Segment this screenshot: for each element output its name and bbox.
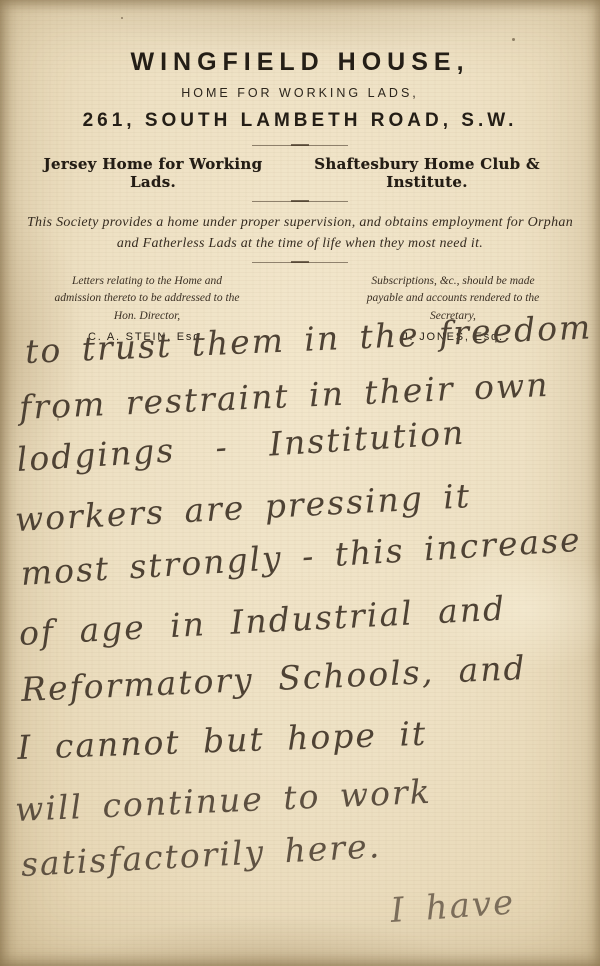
scanned-letter-page: WINGFIELD HOUSE, HOME FOR WORKING LADS, …: [0, 0, 600, 966]
contact-secretary-line-2: payable and accounts rendered to the: [320, 290, 586, 307]
handwritten-line: lodgings - Institution: [16, 413, 467, 479]
section-divider: [252, 144, 348, 147]
handwritten-line: I cannot but hope it: [17, 714, 428, 767]
affiliation-right: Shaftesbury Home Club & Institute.: [280, 155, 574, 191]
section-divider: [252, 200, 348, 203]
contact-director-line-2: admission thereto to be addressed to the: [14, 290, 280, 307]
mission-statement: This Society provides a home under prope…: [20, 212, 580, 254]
mission-line-1: This Society provides a home under prope…: [27, 215, 573, 230]
contact-director: Letters relating to the Home and admissi…: [14, 273, 310, 345]
handwritten-line: satisfactorily here.: [20, 826, 382, 884]
paper-speck: [57, 418, 59, 421]
handwritten-line: will continue to work: [14, 772, 432, 829]
affiliation-left: Jersey Home for Working Lads.: [26, 155, 280, 191]
handwritten-line: most strongly - this increase: [20, 520, 583, 593]
contact-secretary-line-3: Secretary,: [320, 308, 586, 325]
contact-director-name: C. A. STEIN, Esq.: [14, 329, 280, 346]
handwritten-line: of age in Industrial and: [18, 589, 507, 653]
letterhead-title: WINGFIELD HOUSE,: [0, 0, 600, 77]
contact-secretary-line-1: Subscriptions, &c., should be made: [320, 273, 586, 290]
contact-secretary-name: J. JONES, Esq.: [320, 329, 586, 346]
contact-director-line-1: Letters relating to the Home and: [14, 273, 280, 290]
letterhead-address: 261, SOUTH LAMBETH ROAD, S.W.: [0, 110, 600, 132]
mission-line-2: and Fatherless Lads at the time of life …: [117, 236, 483, 251]
contact-secretary: Subscriptions, &c., should be made payab…: [310, 273, 586, 345]
handwritten-line: Reformatory Schools, and: [20, 648, 527, 709]
affiliations-row: Jersey Home for Working Lads. Shaftesbur…: [0, 155, 600, 191]
handwritten-closing: I have: [389, 882, 516, 931]
contact-director-line-3: Hon. Director,: [14, 308, 280, 325]
handwritten-line: workers are pressing it: [14, 476, 472, 539]
handwritten-line: from restraint in their own: [18, 365, 550, 427]
contacts-row: Letters relating to the Home and admissi…: [0, 273, 600, 345]
letterhead: WINGFIELD HOUSE, HOME FOR WORKING LADS, …: [0, 0, 600, 345]
letterhead-subtitle: HOME FOR WORKING LADS,: [0, 86, 600, 100]
section-divider: [252, 261, 348, 264]
